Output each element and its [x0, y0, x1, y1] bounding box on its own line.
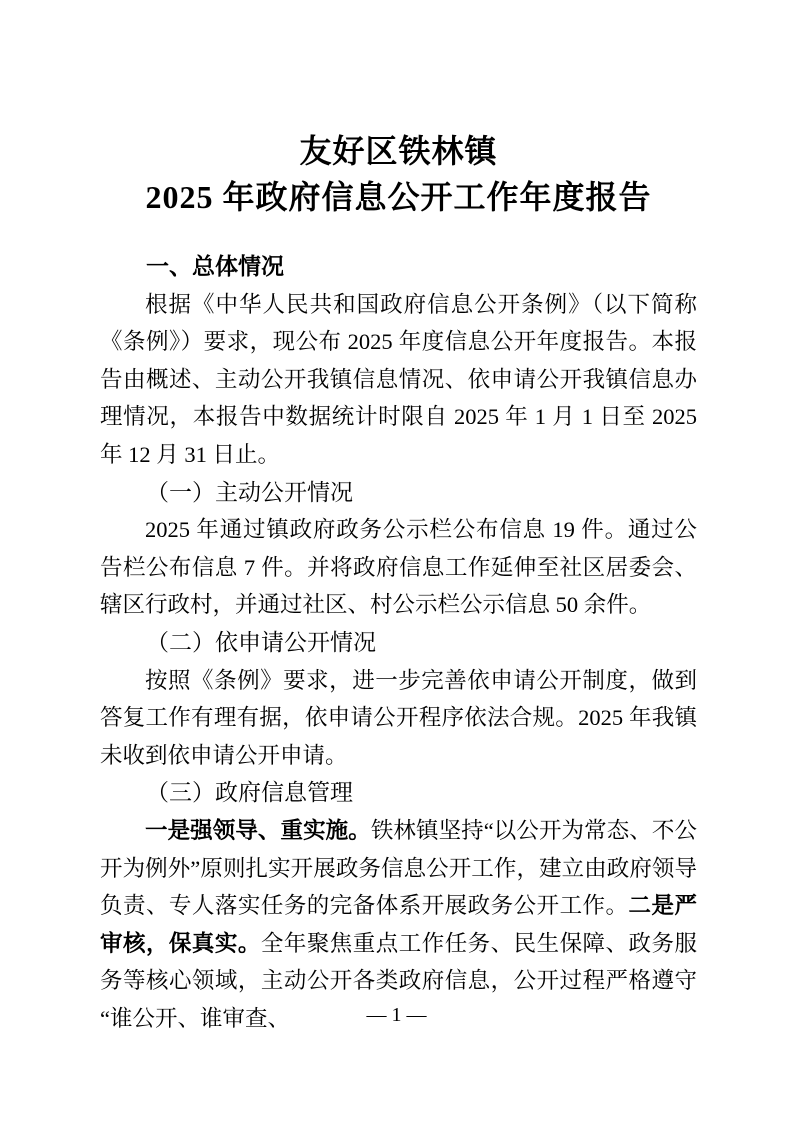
document-body: 一、总体情况 根据《中华人民共和国政府信息公开条例》（以下简称《条例》）要求，现…	[100, 248, 697, 1037]
document-title-line-1: 友好区铁林镇	[100, 128, 697, 174]
paragraph-disclosure-upon-request: 按照《条例》要求，进一步完善依申请公开制度，做到答复工作有理有据，依申请公开程序…	[100, 662, 697, 775]
subheading-disclosure-upon-request: （二）依申请公开情况	[100, 624, 697, 662]
document-title-line-2: 2025 年政府信息公开工作年度报告	[100, 174, 697, 220]
subheading-information-management: （三）政府信息管理	[100, 774, 697, 812]
paragraph-proactive-disclosure: 2025 年通过镇政府政务公示栏公布信息 19 件。通过公告栏公布信息 7 件。…	[100, 511, 697, 624]
paragraph-overview: 根据《中华人民共和国政府信息公开条例》（以下简称《条例》）要求，现公布 2025…	[100, 286, 697, 474]
bold-point-one: 一是强领导、重实施。	[145, 818, 371, 843]
section-heading-overall: 一、总体情况	[100, 248, 697, 286]
document-page: 友好区铁林镇 2025 年政府信息公开工作年度报告 一、总体情况 根据《中华人民…	[0, 0, 793, 1122]
page-number: — 1 —	[0, 1000, 793, 1030]
document-title: 友好区铁林镇 2025 年政府信息公开工作年度报告	[100, 128, 697, 220]
subheading-proactive-disclosure: （一）主动公开情况	[100, 474, 697, 512]
